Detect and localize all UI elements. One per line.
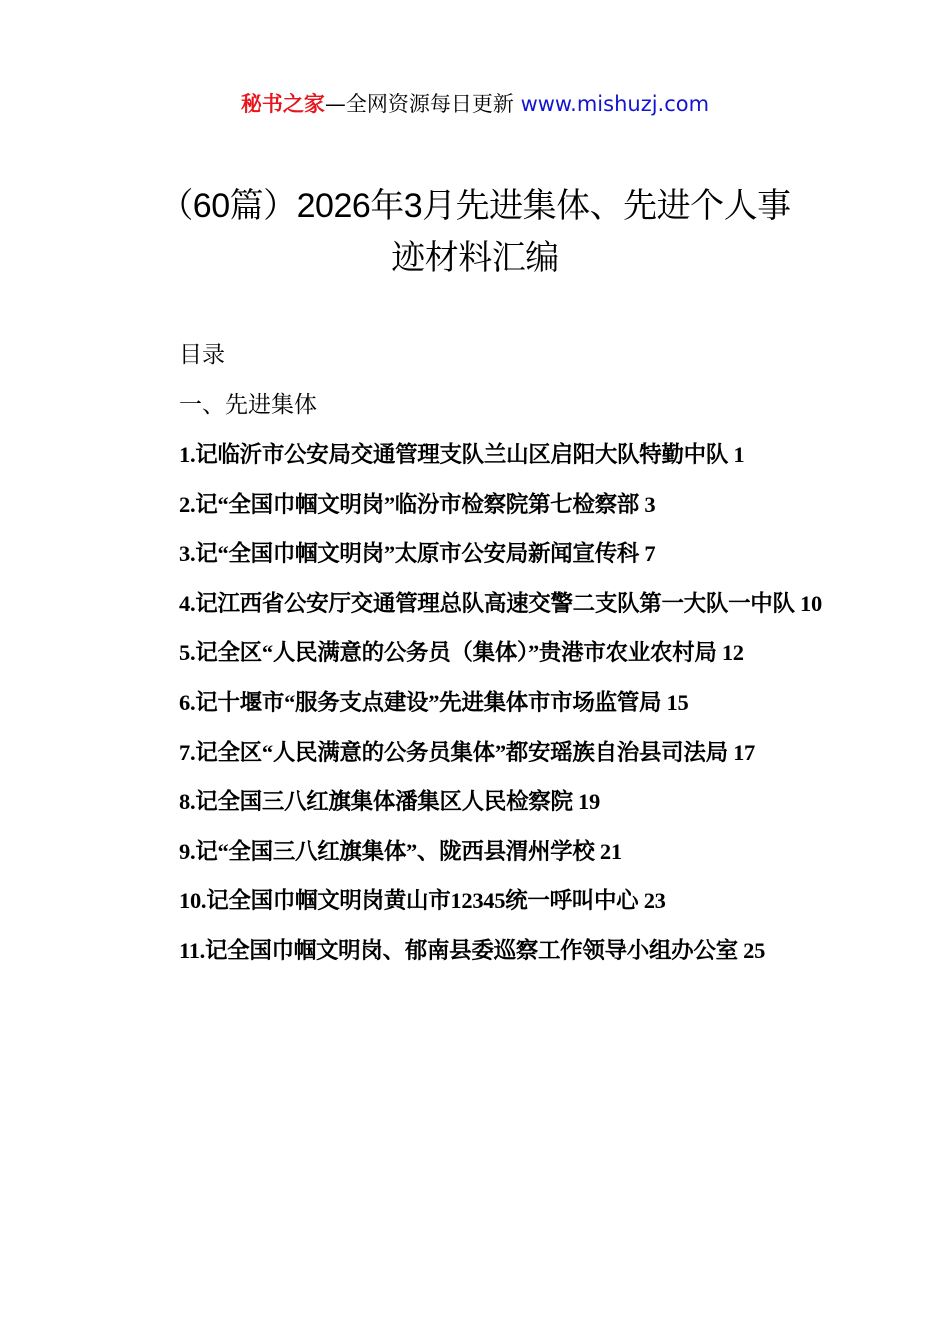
toc-entry-page: 1 — [733, 442, 744, 467]
toc-entry[interactable]: 9.记“全国三八红旗集体”、陇西县渭州学校 21 — [127, 827, 837, 877]
toc-entry[interactable]: 2.记“全国巾帼文明岗”临汾市检察院第七检察部 3 — [127, 480, 837, 530]
toc-entry[interactable]: 10.记全国巾帼文明岗黄山市12345统一呼叫中心 23 — [127, 876, 837, 926]
toc-entry-page: 25 — [743, 938, 765, 963]
toc-entry[interactable]: 5.记全区“人民满意的公务员（集体）”贵港市农业农村局 12 — [127, 628, 837, 678]
header-tagline: —全网资源每日更新 — [325, 92, 521, 116]
toc-entry-title: 11.记全国巾帼文明岗、郁南县委巡察工作领导小组办公室 — [179, 938, 738, 963]
toc-entry[interactable]: 6.记十堰市“服务支点建设”先进集体市市场监管局 15 — [127, 678, 837, 728]
toc-entry-page: 23 — [644, 888, 666, 913]
toc-entry-page: 3 — [644, 492, 655, 517]
site-link[interactable]: www.mishuzj.com — [521, 92, 710, 116]
toc-entry-title: 1.记临沂市公安局交通管理支队兰山区启阳大队特勤中队 — [179, 442, 728, 467]
toc-entry-title: 9.记“全国三八红旗集体”、陇西县渭州学校 — [179, 839, 595, 864]
toc-label: 目录 — [127, 330, 837, 380]
toc-entry[interactable]: 4.记江西省公安厅交通管理总队高速交警二支队第一大队一中队 10 — [127, 579, 837, 629]
title-line-1: （60篇）2026年3月先进集体、先进个人事 — [100, 180, 850, 232]
toc-entry-title: 6.记十堰市“服务支点建设”先进集体市市场监管局 — [179, 690, 661, 715]
toc-entry-title: 8.记全国三八红旗集体潘集区人民检察院 — [179, 789, 573, 814]
toc-items: 1.记临沂市公安局交通管理支队兰山区启阳大队特勤中队 12.记“全国巾帼文明岗”… — [127, 430, 837, 976]
toc-entry[interactable]: 8.记全国三八红旗集体潘集区人民检察院 19 — [127, 777, 837, 827]
toc-entry-title: 2.记“全国巾帼文明岗”临汾市检察院第七检察部 — [179, 492, 639, 517]
toc-section-heading: 一、先进集体 — [127, 380, 837, 430]
toc-entry-title: 4.记江西省公安厅交通管理总队高速交警二支队第一大队一中队 — [179, 591, 795, 616]
toc-entry-page: 15 — [667, 690, 689, 715]
brand-name: 秘书之家 — [241, 92, 325, 116]
toc-entry-page: 21 — [600, 839, 622, 864]
site-header: 秘书之家—全网资源每日更新 www.mishuzj.com — [0, 86, 950, 122]
toc-entry[interactable]: 7.记全区“人民满意的公务员集体”都安瑶族自治县司法局 17 — [127, 728, 837, 778]
toc-entry-page: 17 — [733, 740, 755, 765]
toc-entry-page: 10 — [800, 591, 822, 616]
toc-entry-page: 19 — [578, 789, 600, 814]
toc-entry-title: 10.记全国巾帼文明岗黄山市12345统一呼叫中心 — [179, 888, 638, 913]
toc-entry[interactable]: 11.记全国巾帼文明岗、郁南县委巡察工作领导小组办公室 25 — [127, 926, 837, 976]
title-line-2: 迹材料汇编 — [100, 232, 850, 284]
toc-entry-page: 7 — [644, 541, 655, 566]
toc-entry-title: 3.记“全国巾帼文明岗”太原市公安局新闻宣传科 — [179, 541, 639, 566]
document-title: （60篇）2026年3月先进集体、先进个人事 迹材料汇编 — [100, 180, 850, 284]
toc-entry-title: 5.记全区“人民满意的公务员（集体）”贵港市农业农村局 — [179, 640, 717, 665]
toc-entry-page: 12 — [722, 640, 744, 665]
toc-entry[interactable]: 1.记临沂市公安局交通管理支队兰山区启阳大队特勤中队 1 — [127, 430, 837, 480]
toc-entry[interactable]: 3.记“全国巾帼文明岗”太原市公安局新闻宣传科 7 — [127, 529, 837, 579]
toc-entry-title: 7.记全区“人民满意的公务员集体”都安瑶族自治县司法局 — [179, 740, 728, 765]
table-of-contents: 目录 一、先进集体 1.记临沂市公安局交通管理支队兰山区启阳大队特勤中队 12.… — [127, 330, 837, 976]
